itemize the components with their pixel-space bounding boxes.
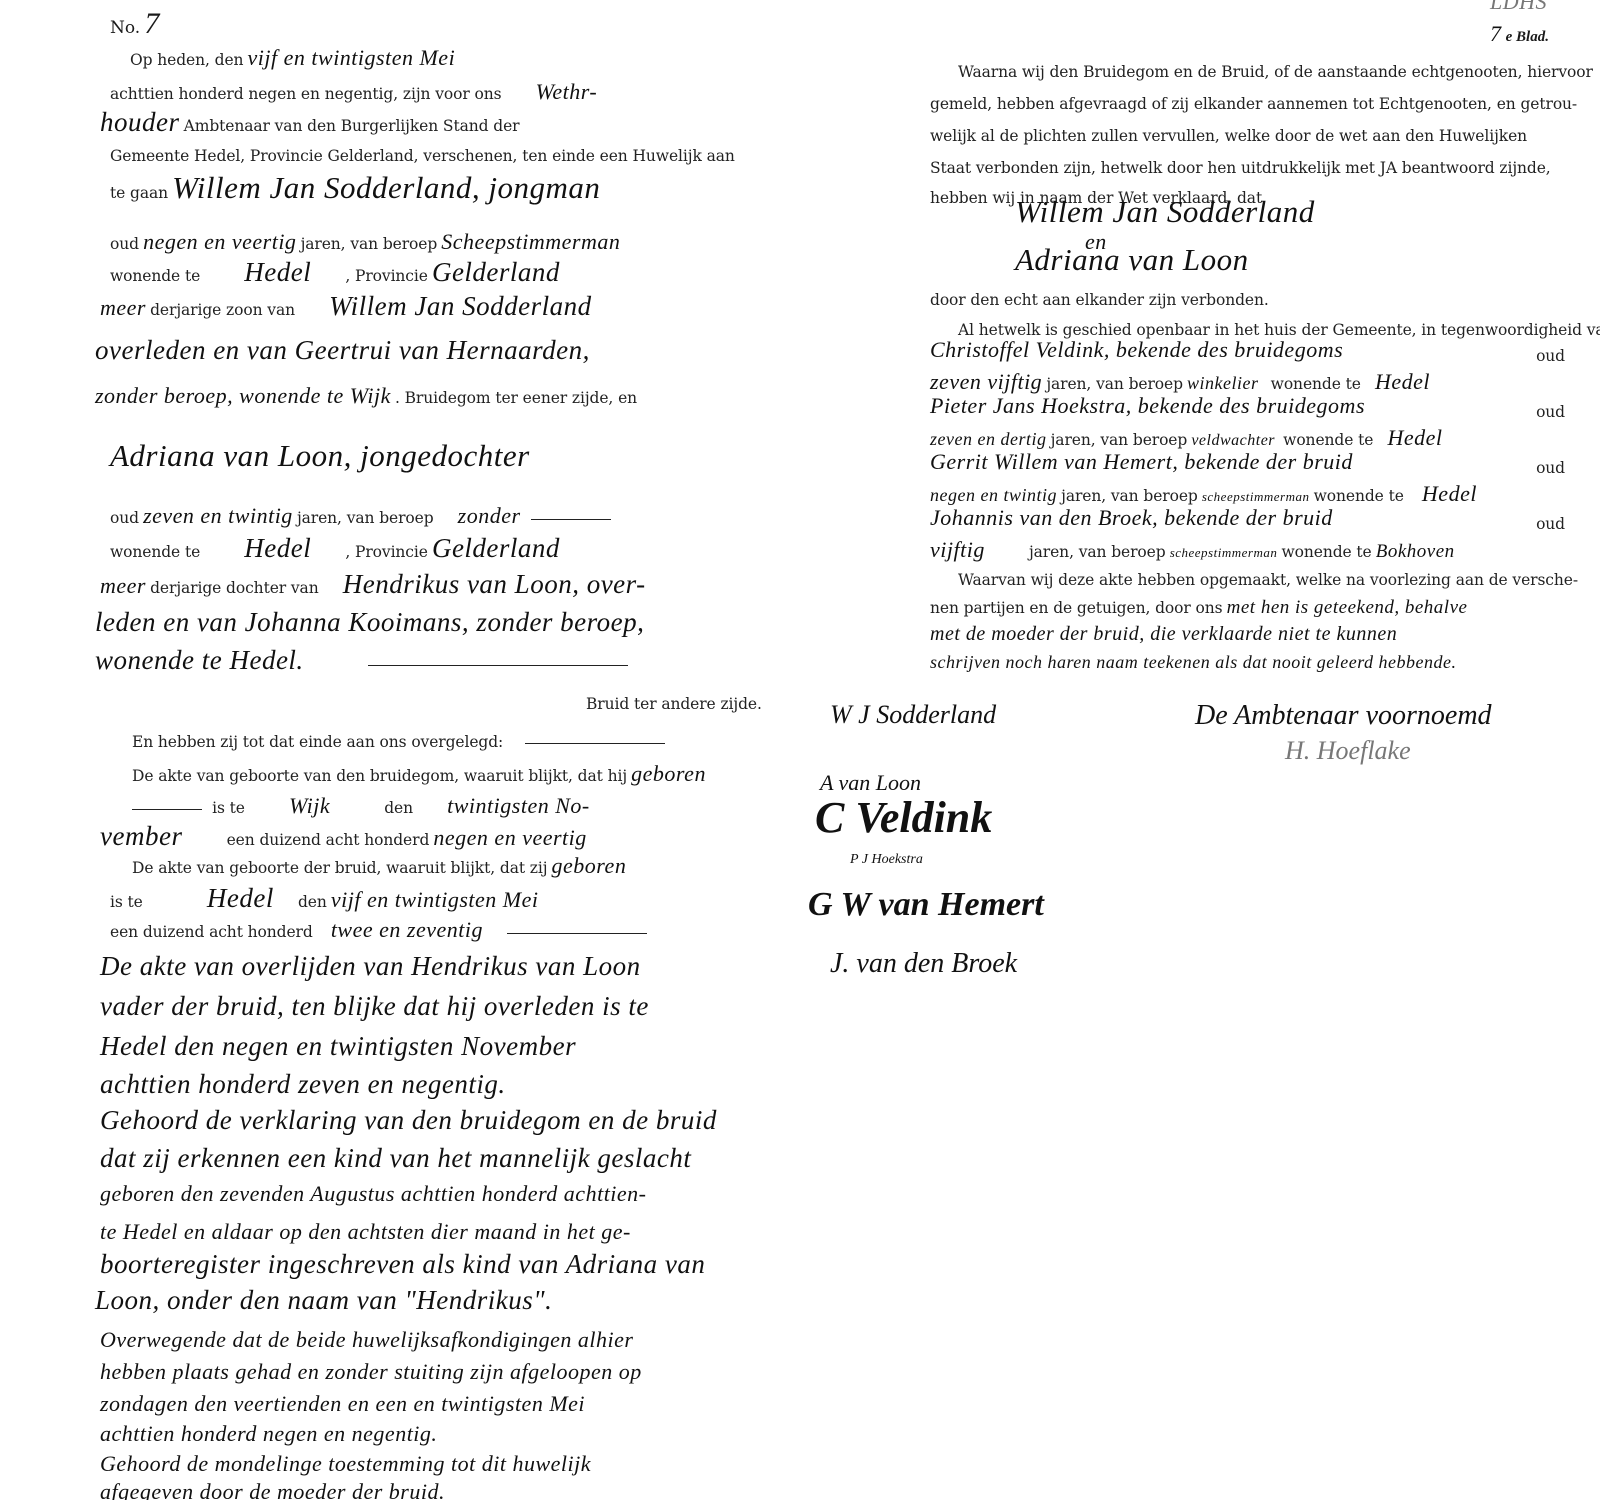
line-17: Bruid ter andere zijde. — [586, 694, 762, 714]
record-number: No. 7 — [110, 14, 159, 38]
line-24: een duizend acht honderd twee en zeventi… — [110, 920, 653, 942]
line-20: is te Wijk den twintigsten No- — [132, 796, 590, 818]
fill-rule — [132, 809, 202, 810]
left-page: No. 7 Op heden, den vijf en twintigsten … — [0, 0, 800, 1500]
line-8: meer derjarige zoon van Willem Jan Sodde… — [100, 296, 592, 320]
line-13: wonende te Hedel , Provincie Gelderland — [110, 538, 560, 562]
page-number: 7 e Blad. — [1490, 24, 1549, 47]
line-5: te gaan Willem Jan Sodderland, jongman — [110, 178, 600, 203]
signature-witness-4: J. van den Broek — [830, 948, 1017, 980]
fill-rule — [525, 743, 665, 744]
groom-name: Willem Jan Sodderland — [1015, 202, 1315, 222]
witness-3-name: Gerrit Willem van Hemert, bekende der br… — [930, 452, 1600, 474]
fill-rule — [507, 933, 647, 934]
right-page: LDHS 7 e Blad. Waarna wij den Bruidegom … — [930, 0, 1600, 1500]
witness-3-details: negen en twintig jaren, van beroep schee… — [930, 484, 1477, 507]
line-23: is te Hedel den vijf en twintigsten Mei — [110, 888, 539, 912]
page-stamp: LDHS — [1490, 0, 1547, 12]
line-9: overleden en van Geertrui van Hernaarden… — [95, 340, 590, 364]
line-15: leden en van Johanna Kooimans, zonder be… — [95, 612, 644, 636]
line-16: wonende te Hedel. — [95, 650, 634, 674]
bound-text: door den echt aan elkander zijn verbonde… — [930, 290, 1269, 310]
line-4: Gemeente Hedel, Provincie Gelderland, ve… — [110, 146, 735, 166]
closing-line-1: Waarvan wij deze akte hebben opgemaakt, … — [958, 570, 1578, 590]
signature-witness-2: P J Hoekstra — [850, 852, 923, 868]
official-title: De Ambtenaar voornoemd — [1195, 700, 1492, 732]
fill-rule — [531, 519, 611, 520]
line-3: houder Ambtenaar van den Burgerlijken St… — [100, 112, 519, 136]
line-21: vember een duizend acht honderd negen en… — [100, 826, 587, 850]
witness-4-name: Johannis van den Broek, bekende der brui… — [930, 508, 1600, 530]
line-11: Adriana van Loon, jongedochter — [110, 446, 530, 471]
fill-rule — [368, 665, 628, 666]
signature-witness-3: G W van Hemert — [808, 886, 1044, 924]
signature-groom: W J Sodderland — [830, 700, 996, 730]
line-7: wonende te Hedel , Provincie Gelderland — [110, 262, 560, 286]
line-22: De akte van geboorte der bruid, waaruit … — [132, 856, 626, 878]
signature-witness-1: C Veldink — [815, 792, 992, 843]
line-14: meer derjarige dochter van Hendrikus van… — [100, 574, 646, 598]
closing-line-4: schrijven noch haren naam teekenen als d… — [930, 652, 1457, 672]
line-10: zonder beroep, wonende te Wijk . Bruideg… — [95, 386, 637, 408]
witness-4-details: vijftig jaren, van beroep scheepstimmerm… — [930, 540, 1455, 563]
closing-line-3: met de moeder der bruid, die verklaarde … — [930, 624, 1397, 644]
line-6: oud negen en veertig jaren, van beroep S… — [110, 232, 620, 254]
witness-1-name: Christoffel Veldink, bekende des bruideg… — [930, 340, 1600, 362]
closing-line-2: nen partijen en de getuigen, door ons me… — [930, 598, 1467, 618]
line-19: De akte van geboorte van den bruidegom, … — [132, 764, 706, 786]
bride-name: Adriana van Loon — [1015, 250, 1249, 270]
line-2: achttien honderd negen en negentig, zijn… — [110, 82, 597, 104]
line-1: Op heden, den vijf en twintigsten Mei — [130, 48, 455, 70]
signature-official: H. Hoeflake — [1285, 736, 1411, 766]
line-12: oud zeven en twintig jaren, van beroep z… — [110, 506, 617, 528]
witness-2-name: Pieter Jans Hoekstra, bekende des bruide… — [930, 396, 1600, 418]
witness-1-details: zeven vijftig jaren, van beroep winkelie… — [930, 372, 1430, 394]
witness-2-details: zeven en dertig jaren, van beroep veldwa… — [930, 428, 1442, 451]
line-18: En hebben zij tot dat einde aan ons over… — [132, 732, 671, 752]
